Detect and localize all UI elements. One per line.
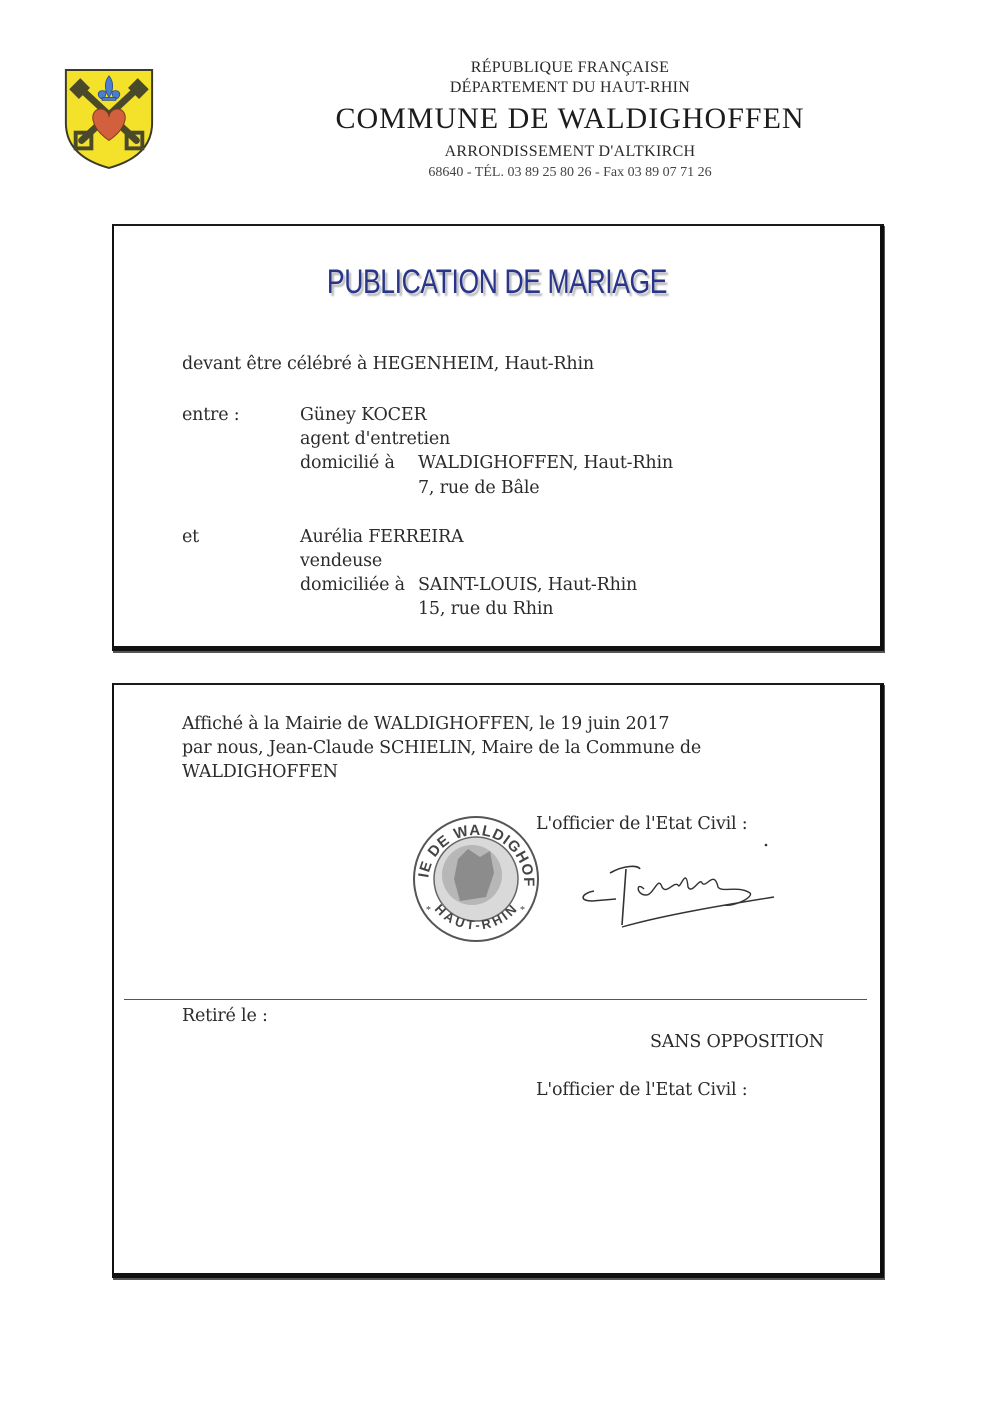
party2-city: SAINT-LOUIS, Haut-Rhin [418, 573, 637, 597]
party1-profession: agent d'entretien [300, 427, 450, 451]
posting-line-3: WALDIGHOFFEN [182, 760, 338, 784]
party1-street: 7, rue de Bâle [418, 476, 539, 500]
arrondissement-line: ARRONDISSEMENT D'ALTKIRCH [300, 142, 840, 162]
commune-name: COMMUNE DE WALDIGHOFFEN [300, 102, 840, 136]
republic-line: RÉPUBLIQUE FRANÇAISE [300, 58, 840, 78]
officer-label-posting: L'officier de l'Etat Civil : [536, 812, 748, 836]
party2-street: 15, rue du Rhin [418, 597, 553, 621]
page-title: PUBLICATION DE MARIAGE [198, 262, 795, 302]
party2-label: et [182, 525, 199, 549]
withdrawal-label: Retiré le : [182, 1004, 268, 1028]
party1-label: entre : [182, 403, 239, 427]
official-stamp-icon: MAIRIE DE WALDIGHOFFEN HAUT-RHIN * * [410, 813, 542, 945]
posting-line-1: Affiché à la Mairie de WALDIGHOFFEN, le … [182, 712, 669, 736]
department-line: DÉPARTEMENT DU HAUT-RHIN [300, 78, 840, 98]
party1-name: Güney KOCER [300, 403, 426, 427]
signature-mark [574, 835, 794, 945]
svg-text:*: * [520, 905, 525, 916]
party1-city: WALDIGHOFFEN, Haut-Rhin [418, 451, 673, 475]
letterhead: RÉPUBLIQUE FRANÇAISE DÉPARTEMENT DU HAUT… [300, 58, 840, 182]
divider [124, 999, 867, 1000]
party2-name: Aurélia FERREIRA [300, 525, 463, 549]
svg-text:*: * [426, 905, 431, 916]
party2-domicile-label: domiciliée à [300, 573, 405, 597]
ceremony-location: devant être célébré à HEGENHEIM, Haut-Rh… [182, 352, 594, 376]
officer-label-withdrawal: L'officier de l'Etat Civil : [536, 1078, 748, 1102]
party2-profession: vendeuse [300, 549, 382, 573]
contact-line: 68640 - TÉL. 03 89 25 80 26 - Fax 03 89 … [300, 164, 840, 182]
posting-line-2: par nous, Jean-Claude SCHIELIN, Maire de… [182, 736, 701, 760]
opposition-status: SANS OPPOSITION [650, 1030, 824, 1054]
coat-of-arms-icon [60, 62, 158, 172]
party1-domicile-label: domicilié à [300, 451, 395, 475]
publication-box: PUBLICATION DE MARIAGE devant être céléb… [112, 224, 884, 651]
posting-box: Affiché à la Mairie de WALDIGHOFFEN, le … [112, 683, 884, 1278]
